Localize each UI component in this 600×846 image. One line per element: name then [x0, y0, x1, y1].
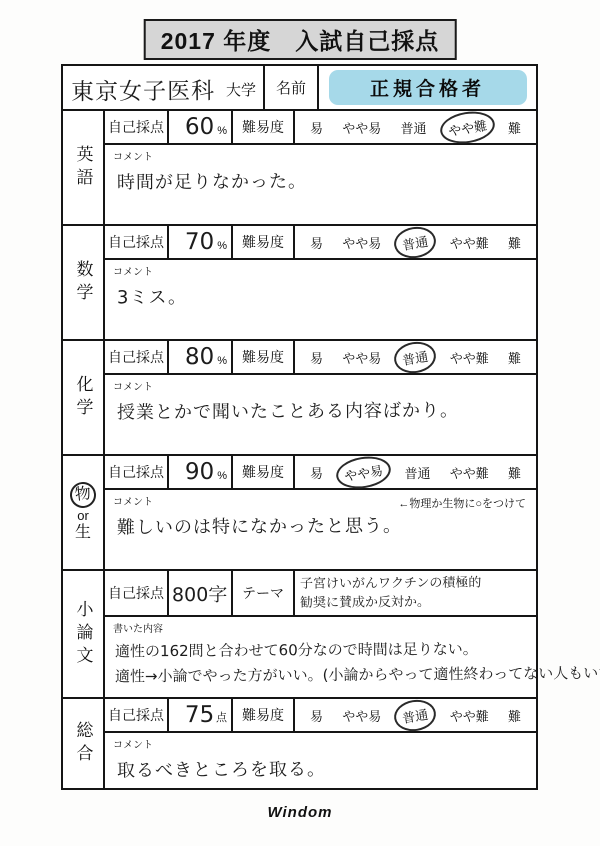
name-value-cell: 正規合格者: [319, 66, 536, 109]
subject-name-essay: 小論文: [63, 571, 105, 697]
theme-line: 子宮けいがんワクチンの積極的: [300, 573, 531, 594]
self-score-value-cell: 800字: [169, 571, 233, 615]
difficulty-option: 易: [310, 233, 323, 252]
self-score-label: 自己採点: [105, 699, 169, 731]
self-score-label: 自己採点: [105, 226, 169, 258]
section-chemistry: 化学 自己採点 80 % 難易度 易 やや易 普通 やや難 難: [63, 341, 536, 456]
self-score-value-cell: 80 %: [169, 341, 233, 373]
windom-logo: Windom: [0, 804, 600, 821]
self-score-label: 自己採点: [105, 341, 169, 373]
school-name-cell: 東京女子医科 大学: [63, 66, 265, 109]
written-content-label: 書いた内容: [113, 620, 528, 635]
comment-text: 授業とかで聞いたことある内容ばかり。: [117, 396, 528, 425]
comment-text: 時間が足りなかった。: [117, 166, 528, 195]
difficulty-option: 難: [508, 706, 521, 725]
difficulty-option: やや易: [342, 118, 381, 137]
name-label: 名前: [265, 66, 319, 109]
difficulty-options: 易 やや易 普通 やや難 難: [295, 341, 536, 373]
self-score-value-cell: 90 %: [169, 456, 233, 488]
comment-label: コメント: [113, 378, 528, 393]
theme-label: テーマ: [233, 571, 295, 615]
difficulty-option: やや難: [450, 233, 489, 252]
difficulty-option: 難: [508, 233, 521, 252]
difficulty-label: 難易度: [233, 699, 295, 731]
subject-name-physics-or-biology: 物 or 生: [63, 456, 105, 569]
difficulty-label: 難易度: [233, 456, 295, 488]
score-row: 自己採点 80 % 難易度 易 やや易 普通 やや難 難: [105, 341, 536, 375]
section-essay: 小論文 自己採点 800字 テーマ 子宮けいがんワクチンの積極的 勧奨に賛成か反…: [63, 571, 536, 699]
comment-area: コメント ←物理か生物に○をつけて 難しいのは特になかったと思う。: [105, 490, 536, 569]
difficulty-option: 普通: [392, 223, 438, 260]
difficulty-option: 難: [508, 118, 521, 137]
self-score-value-cell: 70 %: [169, 226, 233, 258]
form-header-row: 東京女子医科 大学 名前 正規合格者: [63, 66, 536, 111]
self-score-label: 自己採点: [105, 571, 169, 615]
difficulty-option: 易: [310, 463, 323, 482]
score-unit: 点: [216, 709, 227, 725]
self-score-value: 80: [185, 344, 214, 370]
section-overall: 総合 自己採点 75 点 難易度 易 やや易 普通 やや難 難: [63, 699, 536, 788]
difficulty-option: 普通: [392, 696, 438, 733]
difficulty-options: 易 やや易 普通 やや難 難: [295, 699, 536, 731]
difficulty-options: 易 やや易 普通 やや難 難: [295, 456, 536, 488]
self-score-value: 800字: [172, 579, 227, 606]
comment-label: コメント: [113, 263, 528, 278]
self-score-value: 60: [185, 114, 214, 140]
physics-char-circled: 物: [69, 480, 98, 509]
difficulty-option: 普通: [404, 463, 430, 482]
section-math: 数学 自己採点 70 % 難易度 易 やや易 普通 やや難 難: [63, 226, 536, 341]
score-row: 自己採点 90 % 難易度 易 やや易 普通 やや難 難: [105, 456, 536, 490]
subject-name-label: 英語: [75, 145, 92, 191]
self-score-value: 70: [185, 229, 214, 255]
subject-name-label: 総合: [75, 721, 92, 767]
score-row: 自己採点 70 % 難易度 易 やや易 普通 やや難 難: [105, 226, 536, 260]
section-physics-or-biology: 物 or 生 自己採点 90 % 難易度 易 やや易 普通 やや難: [63, 456, 536, 571]
school-name-handwritten: 東京女子医科: [71, 72, 215, 106]
subject-name-chemistry: 化学: [63, 341, 105, 454]
written-content-area: 書いた内容 適性の162問と合わせて60分なので時間は足りない。 適性→小論でや…: [105, 617, 536, 697]
theme-line: 勧奨に賛成か反対か。: [300, 592, 531, 613]
difficulty-option: 普通: [400, 118, 426, 137]
self-scoring-form: 東京女子医科 大学 名前 正規合格者 英語 自己採点 60 % 難易度: [61, 64, 538, 790]
comment-label: コメント: [113, 736, 528, 751]
or-text: or: [77, 508, 89, 524]
self-score-value: 75: [185, 702, 214, 728]
score-row: 自己採点 800字 テーマ 子宮けいがんワクチンの積極的 勧奨に賛成か反対か。: [105, 571, 536, 617]
comment-text: 3ミス。: [117, 281, 528, 310]
self-score-value-cell: 75 点: [169, 699, 233, 731]
university-suffix-label: 大学: [226, 79, 256, 100]
subject-name-label: 小論文: [75, 600, 92, 669]
difficulty-option: 難: [508, 463, 521, 482]
comment-area: コメント 授業とかで聞いたことある内容ばかり。: [105, 375, 536, 454]
biology-char: 生: [75, 523, 91, 543]
comment-text: 取るべきところを取る。: [117, 754, 528, 783]
difficulty-option: やや難: [450, 706, 489, 725]
subject-name-english: 英語: [63, 111, 105, 224]
written-content-line: 適性→小論でやった方がいい。(小論からやって適性終わってない人もいた。): [115, 663, 528, 687]
self-score-value-cell: 60 %: [169, 111, 233, 143]
difficulty-option: やや易: [342, 348, 381, 367]
comment-label: コメント: [113, 148, 528, 163]
difficulty-label: 難易度: [233, 341, 295, 373]
subject-name-label: 数学: [75, 260, 92, 306]
score-unit: %: [217, 125, 227, 137]
difficulty-option: やや易: [334, 452, 393, 491]
subject-name-math: 数学: [63, 226, 105, 339]
difficulty-label: 難易度: [233, 226, 295, 258]
difficulty-option: 普通: [392, 338, 438, 375]
score-row: 自己採点 60 % 難易度 易 やや易 普通 やや難 難: [105, 111, 536, 145]
self-score-value: 90: [185, 459, 214, 485]
theme-text-cell: 子宮けいがんワクチンの積極的 勧奨に賛成か反対か。: [295, 571, 536, 615]
comment-text: 難しいのは特になかったと思う。: [117, 511, 528, 540]
difficulty-options: 易 やや易 普通 やや難 難: [295, 226, 536, 258]
difficulty-option: 易: [310, 348, 323, 367]
score-unit: %: [217, 355, 227, 367]
difficulty-option: やや難: [450, 463, 489, 482]
subject-name-label: 化学: [75, 375, 92, 421]
difficulty-label: 難易度: [233, 111, 295, 143]
circle-physics-or-biology-note: ←物理か生物に○をつけて: [398, 495, 526, 511]
score-row: 自己採点 75 点 難易度 易 やや易 普通 やや難 難: [105, 699, 536, 733]
self-score-label: 自己採点: [105, 111, 169, 143]
score-unit: %: [217, 470, 227, 482]
self-score-label: 自己採点: [105, 456, 169, 488]
subject-name-overall: 総合: [63, 699, 105, 788]
section-english: 英語 自己採点 60 % 難易度 易 やや易 普通 やや難 難: [63, 111, 536, 226]
written-content-line: 適性の162問と合わせて60分なので時間は足りない。: [115, 638, 528, 662]
page-title: 2017 年度 入試自己採点: [144, 19, 457, 60]
comment-area: コメント 時間が足りなかった。: [105, 145, 536, 224]
difficulty-option: やや易: [342, 706, 381, 725]
comment-area: コメント 3ミス。: [105, 260, 536, 339]
difficulty-option: やや難: [438, 107, 497, 146]
scanned-form-page: 2017 年度 入試自己採点 東京女子医科 大学 名前 正規合格者 英語 自己採…: [0, 0, 600, 846]
comment-area: コメント 取るべきところを取る。: [105, 733, 536, 788]
difficulty-option: 易: [310, 118, 323, 137]
difficulty-option: やや易: [342, 233, 381, 252]
score-unit: %: [217, 240, 227, 252]
difficulty-option: やや難: [450, 348, 489, 367]
name-value-highlighted: 正規合格者: [329, 70, 527, 105]
difficulty-option: 難: [508, 348, 521, 367]
difficulty-option: 易: [310, 706, 323, 725]
difficulty-options: 易 やや易 普通 やや難 難: [295, 111, 536, 143]
